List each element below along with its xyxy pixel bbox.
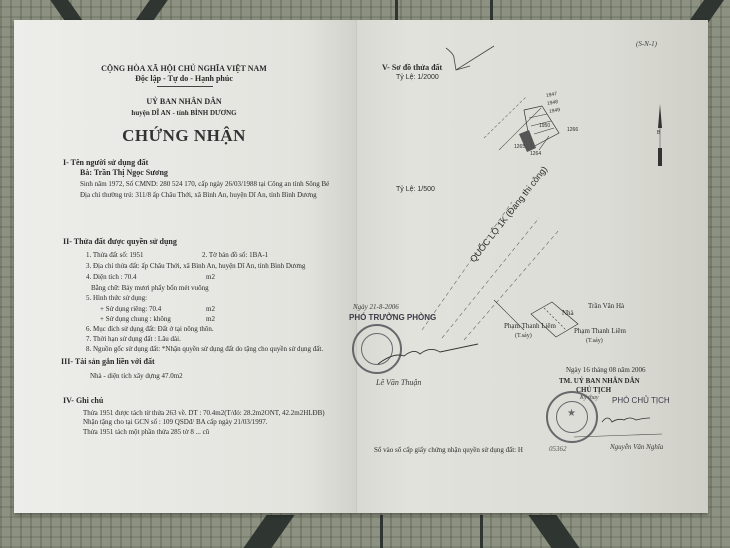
handwritten-checkmark bbox=[444, 44, 504, 84]
area-in-words: Bằng chữ: Bảy mươi phẩy bốn mét vuông bbox=[91, 284, 209, 292]
office-signer: Lê Văn Thuận bbox=[376, 378, 421, 387]
section2-heading: II- Thửa đất được quyền sử dụng bbox=[63, 237, 177, 246]
usage-form: 5. Hình thức sử dụng: bbox=[86, 294, 147, 302]
owner-birth-id: Sinh năm 1972, Số CMND: 280 524 170, cấp… bbox=[80, 180, 329, 188]
private-use-unit: m2 bbox=[206, 305, 215, 313]
authority: UỶ BAN NHÂN DÂN bbox=[74, 97, 294, 106]
neighbor-southwest: Phạm Thanh Liêm bbox=[504, 322, 556, 330]
office-signature bbox=[374, 342, 484, 372]
owner-name: Bà: Trần Thị Ngọc Sương bbox=[80, 168, 168, 177]
section5-heading: V- Sơ đồ thửa đất bbox=[382, 63, 442, 72]
note-line-1: Thửa 1951 được tách từ thửa 263 về. DT :… bbox=[83, 409, 325, 417]
area: 4. Diện tích : 70.4 bbox=[86, 273, 137, 281]
deputy-chair-label: PHÓ CHỦ TỊCH bbox=[612, 396, 670, 405]
nation-header: CỘNG HÒA XÃ HỘI CHỦ NGHĨA VIỆT NAM bbox=[74, 64, 294, 73]
attached-asset: Nhà - diện tích xây dựng 47.0m2 bbox=[90, 372, 183, 380]
map-sheet: 2. Tờ bản đồ số: 1BA-1 bbox=[202, 251, 268, 259]
map-label-1950: 1950 bbox=[539, 123, 550, 129]
chair-signer: Nguyễn Văn Nghĩa bbox=[610, 443, 663, 451]
office-date: Ngày 21-8-2006 bbox=[353, 303, 399, 311]
page-fold bbox=[356, 20, 357, 513]
usage-origin: 8. Nguồn gốc sử dụng đất: *Nhận quyền sử… bbox=[86, 345, 323, 353]
neighbor-southeast-note: (T.sáy) bbox=[586, 338, 603, 344]
corner-handwritten-note: (S-N-1) bbox=[636, 40, 657, 48]
usage-term: 7. Thời hạn sử dụng đất : Lâu dài. bbox=[86, 335, 181, 343]
section1-heading: I- Tên người sử dụng đất bbox=[63, 158, 148, 167]
neighbor-southeast: Phạm Thanh Liêm bbox=[574, 327, 626, 335]
cloth-pattern bbox=[380, 515, 383, 548]
divider bbox=[157, 86, 213, 87]
parcel-number: 1. Thửa đất số: 1951 bbox=[86, 251, 144, 259]
area-unit: m2 bbox=[206, 273, 215, 281]
private-use: + Sử dụng riêng: 70.4 bbox=[100, 305, 161, 313]
map-label-1265: 1265 bbox=[514, 144, 525, 150]
note-line-2: Nhận tặng cho tại GCN số : 109 QSDđ/ BA … bbox=[83, 418, 268, 426]
shared-use-unit: m2 bbox=[206, 315, 215, 323]
section3-heading: III- Tài sản gắn liền với đất bbox=[61, 357, 155, 366]
registry-label: Số vào sổ cấp giấy chứng nhận quyền sử d… bbox=[374, 446, 523, 454]
usage-purpose: 6. Mục đích sử dụng đất: Đất ở tại nông … bbox=[86, 325, 214, 333]
north-label: B bbox=[657, 130, 660, 136]
chair-signature bbox=[600, 412, 660, 428]
house-label: Nhà bbox=[562, 309, 574, 317]
map-label-1266: 1266 bbox=[567, 127, 578, 133]
cloth-pattern bbox=[480, 515, 483, 548]
neighbor-southwest-note: (T.sáy) bbox=[515, 333, 532, 339]
note-line-3: Thửa 1951 tách một phần thửa 285 tờ 8 ..… bbox=[83, 428, 209, 436]
owner-address: Địa chỉ thường trú: 311/8 ấp Châu Thới, … bbox=[80, 191, 317, 199]
scale-1-2000: Tỷ Lệ: 1/2000 bbox=[396, 74, 439, 81]
certificate-title: CHỨNG NHẬN bbox=[74, 126, 294, 146]
map-label-1264: 1264 bbox=[530, 151, 541, 157]
district: huyện DĨ AN - tỉnh BÌNH DƯƠNG bbox=[74, 109, 294, 117]
star-emblem-icon: ★ bbox=[567, 408, 576, 419]
neighbor-east: Trần Văn Hà bbox=[588, 302, 624, 310]
committee-label: TM. UỶ BAN NHÂN DÂN bbox=[559, 377, 640, 385]
registry-number: 05362 bbox=[549, 445, 567, 453]
land-use-certificate: CỘNG HÒA XÃ HỘI CHỦ NGHĨA VIỆT NAM Độc l… bbox=[14, 20, 708, 513]
north-arrow-icon bbox=[653, 104, 667, 168]
office-role: PHÓ TRƯỞNG PHÒNG bbox=[349, 313, 436, 322]
motto: Độc lập - Tự do - Hạnh phúc bbox=[74, 74, 294, 83]
shared-use: + Sử dụng chung : không bbox=[100, 315, 171, 323]
issue-date: Ngày 16 tháng 08 năm 2006 bbox=[566, 366, 646, 374]
signature-line bbox=[574, 433, 664, 441]
parcel-address: 3. Địa chỉ thửa đất: ấp Châu Thới, xã Bì… bbox=[86, 262, 305, 270]
section4-heading: IV- Ghi chú bbox=[63, 396, 103, 405]
